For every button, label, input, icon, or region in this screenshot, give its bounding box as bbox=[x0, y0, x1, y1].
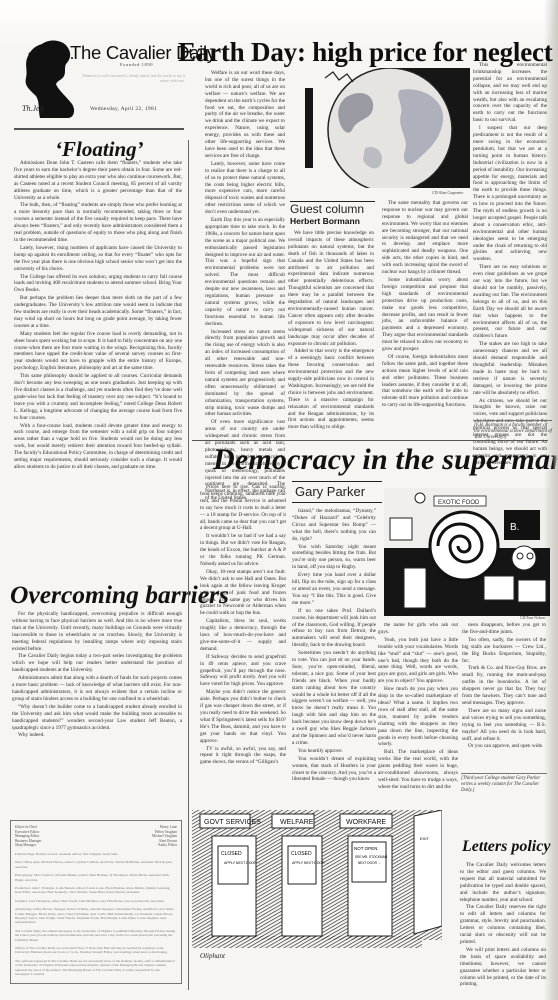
paragraph: TV is awful, so awful, you say, and repe… bbox=[200, 746, 286, 767]
staff-line: Editorial Page: Barbara Gorton. Assistan… bbox=[15, 852, 177, 856]
illustration-credit: CD/Alan Carpenter bbox=[432, 190, 463, 195]
headline-letters-policy: Letters policy bbox=[462, 838, 550, 856]
paragraph: This same philosophy should be applied t… bbox=[14, 373, 182, 421]
section-divider bbox=[192, 440, 548, 441]
staff-name: Kathy Fisher bbox=[152, 843, 177, 848]
editorial-body-overcoming: For the physically handicapped, overcomi… bbox=[12, 611, 182, 740]
paragraph: Administrators admit that along with a d… bbox=[12, 675, 182, 703]
svg-text:Oliphant: Oliphant bbox=[200, 952, 226, 960]
newspaper-page: Th.Jeff The Cavalier Daily Founded 1890 … bbox=[0, 0, 558, 1000]
paragraph: How much do you pay when you shop in the… bbox=[378, 686, 458, 748]
earth-day-intro: Welfare is an out word these days, but o… bbox=[205, 70, 285, 503]
paragraph: Why indeed. bbox=[12, 732, 182, 739]
paragraph: Of course, foreign industrialists must f… bbox=[382, 354, 468, 409]
paragraph: If Safeway decides to send grapefruit in… bbox=[200, 654, 286, 689]
svg-text:APPLY NEXT DOOR →: APPLY NEXT DOOR → bbox=[224, 861, 261, 865]
signature: Th.Jeff bbox=[22, 104, 44, 113]
paragraph: Maybe you didn’t notice the generic aisl… bbox=[200, 689, 286, 744]
paragraph: neon disappears, before you get to the f… bbox=[462, 622, 546, 636]
svg-text:WELFARE: WELFARE bbox=[280, 819, 314, 826]
supermarket-snail-illustration: EXOTIC FOOD B. bbox=[384, 488, 550, 616]
guest-column-header: Guest column Herbert Bormann bbox=[290, 201, 375, 227]
svg-text:EXIT: EXIT bbox=[420, 836, 429, 841]
cartoon-sign: GOVT SERVICES bbox=[204, 819, 261, 826]
paragraph: “Why doesn’t the builder come to a handi… bbox=[12, 704, 182, 732]
paragraph: You heartily approve. bbox=[292, 748, 376, 755]
paragraph: Lately, however, some have come to reali… bbox=[205, 161, 285, 216]
masthead-divider bbox=[14, 128, 184, 130]
staff-line: The Cavalier Daily, the student newspape… bbox=[15, 929, 177, 942]
paragraph: You wouldn’t dream of exploiting women, … bbox=[292, 756, 376, 784]
paragraph: The College has offered its own solution… bbox=[14, 274, 182, 295]
paragraph: The Cavalier Daily reserves the right to… bbox=[460, 904, 546, 945]
democracy-column-1: Prices here to rise. Gas is soaring, foo… bbox=[200, 484, 286, 767]
svg-text:NOT OPEN: NOT OPEN bbox=[354, 846, 377, 851]
paragraph: The Cavalier Daily welcomes letters to t… bbox=[460, 862, 546, 903]
masthead-motto: Whatever is well conceived is clearly st… bbox=[80, 74, 185, 84]
paragraph: You wish Saturday night meant something … bbox=[292, 544, 376, 572]
svg-text:NEXT DOOR →: NEXT DOOR → bbox=[358, 861, 381, 865]
paragraph: Lately, however, rising numbers of appli… bbox=[14, 245, 182, 273]
paragraph: Added to that worry is the emergence of … bbox=[288, 348, 374, 431]
democracy-column-4: neon disappears, before you get to the f… bbox=[462, 622, 546, 751]
staff-line: Production: Alan J. Ersingler, Louis Bar… bbox=[15, 886, 177, 895]
guest-column-closing: This environmental brinkmanship increase… bbox=[473, 62, 547, 468]
svg-text:CLOSED: CLOSED bbox=[221, 851, 242, 857]
paragraph: But perhaps the problem lies deeper than… bbox=[14, 295, 182, 330]
editorial-headline-floating: ‘Floating’ bbox=[55, 137, 144, 162]
paragraph: Too often, sadly, the owners of the big … bbox=[462, 637, 546, 665]
staff-line: Advertising: Jeffrey Brown, manager; Rob… bbox=[15, 907, 177, 925]
paragraph: We will print letters and columns on the… bbox=[460, 947, 546, 988]
store-sign: EXOTIC FOOD bbox=[438, 500, 480, 506]
paragraph: The Cavalier Daily begins today a two-pa… bbox=[12, 653, 182, 674]
editorial-body-floating: Admissions Dean John T. Casteen calls th… bbox=[14, 160, 182, 472]
paragraph: It wouldn’t be so bad if we had a say in… bbox=[200, 533, 286, 568]
paragraph: Earth Day this year is an especially app… bbox=[205, 217, 285, 328]
editorial-cartoon-doors: GOVT SERVICES WELFARE WORKFARE CLOSED AP… bbox=[192, 810, 442, 980]
staff-line: The opinions expressed in The Cavalier D… bbox=[15, 959, 177, 977]
guest-column-author: Herbert Bormann bbox=[290, 216, 375, 226]
paragraph: Welfare is an out word these days, but o… bbox=[205, 70, 285, 160]
paragraph: Bull. The marketplace of ideas works lik… bbox=[378, 749, 458, 790]
staff-line: Graphics: Lisa Thompson, editor; Matt Sw… bbox=[15, 899, 177, 903]
staff-line: News: Betsy Apel, Michael Harrop, editor… bbox=[15, 860, 177, 869]
illustration-credit: CD/Tom Nelson bbox=[520, 616, 545, 620]
author-bio-bormann: [F.H. Bormann is a faculty member of the… bbox=[474, 420, 552, 441]
paragraph: Yeah, you both just have a little troubl… bbox=[378, 637, 458, 685]
paragraph: Prices here to rise. Gas is soaring, foo… bbox=[200, 484, 286, 532]
paragraph: Okay, 18-cent stamps aren’t our fault. W… bbox=[200, 569, 286, 617]
byline-author: Gary Parker bbox=[292, 482, 382, 502]
paragraph: The bulk, then, of “floating” students a… bbox=[14, 202, 182, 243]
paragraph: Capitalism, bless its soul, works roughl… bbox=[200, 618, 286, 653]
svg-text:WORKFARE: WORKFARE bbox=[346, 819, 386, 826]
founded-line: Founded 1890 bbox=[120, 62, 153, 67]
paragraph: Some industrialists worry about foreign … bbox=[382, 277, 468, 353]
paragraph: I suspect that our deep predicament is n… bbox=[473, 125, 547, 263]
svg-text:SEE MR. STOCKMAN: SEE MR. STOCKMAN bbox=[355, 855, 388, 859]
svg-text:APPLY NEXT DOOR →: APPLY NEXT DOOR → bbox=[292, 861, 329, 865]
paragraph: Sometimes you needn’t do anything to vot… bbox=[292, 650, 376, 747]
paragraph: The same mentality that governs our resp… bbox=[382, 200, 468, 276]
paragraph: Island,” the melodramas, “Dynasty,” “Duk… bbox=[292, 508, 376, 543]
paragraph: This environmental brinkmanship increase… bbox=[473, 62, 547, 124]
paragraph: We have little precise knowledge on over… bbox=[288, 230, 374, 347]
earth-globe-illustration bbox=[305, 68, 470, 188]
staff-roles: Editor-in-Chief Executive Editor Managin… bbox=[15, 825, 177, 848]
paragraph: Many students feel the regular five cour… bbox=[14, 331, 182, 372]
paragraph: Increased stress on nature stems directl… bbox=[205, 329, 285, 419]
paragraph: For the physically handicapped, overcomi… bbox=[12, 611, 182, 652]
svg-text:CLOSED: CLOSED bbox=[291, 851, 312, 857]
staff-box: Editor-in-Chief Executive Editor Managin… bbox=[10, 820, 182, 984]
svg-text:B.: B. bbox=[510, 522, 519, 533]
headline-democracy: Democracy in the supermarket bbox=[213, 443, 558, 477]
issue-date: Wednesday, April 22, 1981 bbox=[90, 106, 157, 112]
guest-column-kicker: Guest column bbox=[290, 203, 375, 216]
paragraph: Admissions Dean John T. Casteen calls th… bbox=[14, 160, 182, 201]
paragraph: If no one takes Prof. Dullard’s course, … bbox=[292, 608, 376, 649]
editorial-headline-overcoming: Overcoming barriers bbox=[10, 580, 229, 610]
staff-role: Shop Manager bbox=[15, 843, 41, 848]
byline-box: Gary Parker bbox=[292, 481, 382, 503]
guest-column-body-continued: The same mentality that governs our resp… bbox=[382, 200, 468, 410]
paragraph: There are no easy solutions or even clea… bbox=[473, 264, 547, 340]
paragraph: the name for girls who ask out guys. bbox=[378, 622, 458, 636]
page-edge-shadow bbox=[544, 0, 558, 1000]
column-divider bbox=[188, 140, 189, 990]
paragraph: With a four-course load, students could … bbox=[14, 423, 182, 471]
paragraph: There are so many signs and noise and vo… bbox=[462, 708, 546, 743]
staff-line: Offices of The Cavalier Daily are on the… bbox=[15, 946, 177, 955]
letters-policy-body: The Cavalier Daily welcomes letters to t… bbox=[460, 862, 546, 989]
paragraph: Every time you hand over a dollar bill, … bbox=[292, 572, 376, 607]
paragraph: Or you can approve, and open wide. bbox=[462, 743, 546, 750]
paragraph: Truth & Co. and Nice-Guy Bros. are small… bbox=[462, 665, 546, 706]
staff-line: Photography: Marc Grafton, Christian Hun… bbox=[15, 873, 177, 882]
paragraph: The stakes are too high to take unnecess… bbox=[473, 341, 547, 396]
democracy-column-2: Island,” the melodramas, “Dynasty,” “Duk… bbox=[292, 508, 376, 784]
guest-column-body: We have little precise knowledge on over… bbox=[288, 230, 374, 432]
author-bio-parker: [Third-year College student Gary Parker … bbox=[461, 773, 547, 795]
democracy-column-3: the name for girls who ask out guys. Yea… bbox=[378, 622, 458, 792]
